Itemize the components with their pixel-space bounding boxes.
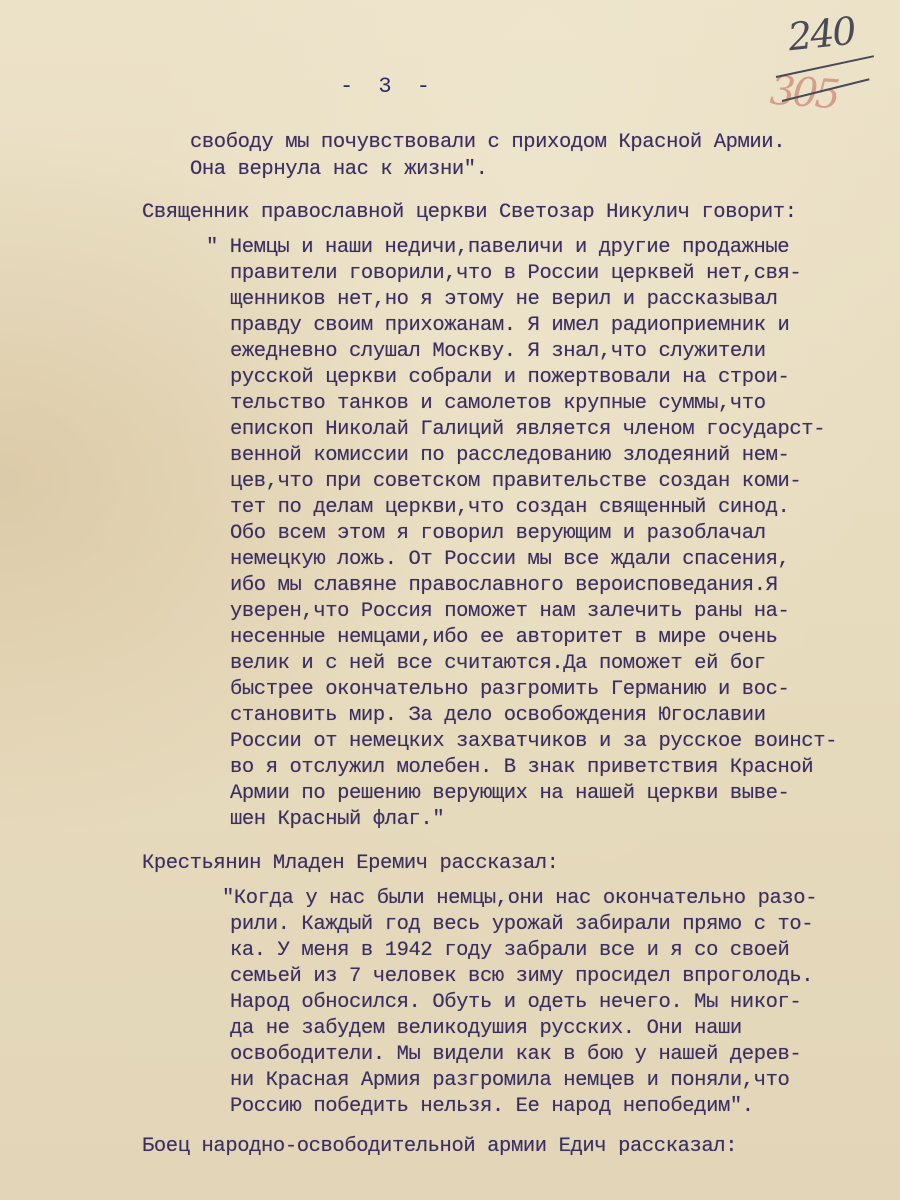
quote-line: Россию победить нельзя. Ее народ непобед… (230, 1094, 754, 1120)
quote-line: во я отслужил молебен. В знак приветстви… (230, 755, 813, 781)
speaker-intro: Боец народно-освободительной армии Едич … (142, 1134, 737, 1160)
speaker-intro: Крестьянин Младен Еремич рассказал: (142, 851, 559, 877)
quote-line: Народ обносился. Обуть и одеть нечего. М… (230, 990, 801, 1016)
archive-number-current: 240 (786, 9, 857, 60)
quote-line: да не забудем великодушия русских. Они н… (230, 1016, 742, 1042)
quote-line: епископ Николай Галиций является членом … (230, 417, 825, 443)
page-number: - 3 - (340, 74, 436, 99)
document-page: 240 305 - 3 - свободу мы почувствовали с… (0, 0, 900, 1200)
quote-line: уверен,что Россия поможет нам залечить р… (230, 599, 789, 625)
quote-line: ка. У меня в 1942 году забрали все и я с… (230, 938, 789, 964)
quote-line: ежедневно слушал Москву. Я знал,что служ… (230, 339, 766, 365)
quote-line: щенников нет,но я этому не верил и расск… (230, 287, 778, 313)
quote-line: ни Красная Армия разгромила немцев и пон… (230, 1068, 789, 1094)
quote-line: ибо мы славяне православного вероисповед… (230, 573, 778, 599)
quote-line: правду своим прихожанам. Я имел радиопри… (230, 313, 789, 339)
speaker-intro: Священник православной церкви Светозар Н… (142, 200, 797, 226)
quote-line: освободители. Мы видели как в бою у наше… (230, 1042, 801, 1068)
quote-line: велик и с ней все считаются.Да поможет е… (230, 651, 766, 677)
quote-line: тет по делам церкви,что создан священный… (230, 495, 789, 521)
quote-line: тельство танков и самолетов крупные сумм… (230, 391, 766, 417)
quote-line: правители говорили,что в России церквей … (230, 261, 801, 287)
text-line: Она вернула нас к жизни". (190, 157, 488, 183)
quote-line: становить мир. За дело освобождения Югос… (230, 703, 766, 729)
quote-line: цев,что при советском правительстве созд… (230, 469, 801, 495)
quote-line: рили. Каждый год весь урожай забирали пр… (230, 912, 813, 938)
quote-line: венной комиссии по расследованию злодеян… (230, 443, 789, 469)
archive-page-stamp: 240 305 (760, 8, 890, 123)
quote-line: шен Красный флаг." (230, 807, 444, 833)
quote-line: Армии по решению верующих на нашей церкв… (230, 781, 789, 807)
quote-line: " Немцы и наши недичи,павеличи и другие … (206, 235, 789, 261)
quote-line: Обо всем этом я говорил верующим и разоб… (230, 521, 766, 547)
text-line: свободу мы почувствовали с приходом Крас… (190, 130, 785, 156)
quote-line: семьей из 7 человек всю зиму просидел вп… (230, 964, 813, 990)
quote-line: быстрее окончательно разгромить Германию… (230, 677, 789, 703)
quote-line: несенные немцами,ибо ее авторитет в мире… (230, 625, 778, 651)
quote-line: немецкую ложь. От России мы все ждали сп… (230, 547, 789, 573)
quote-line: русской церкви собрали и пожертвовали на… (230, 365, 789, 391)
quote-line: России от немецких захватчиков и за русс… (230, 729, 837, 755)
quote-line: "Когда у нас были немцы,они нас окончате… (222, 886, 817, 912)
